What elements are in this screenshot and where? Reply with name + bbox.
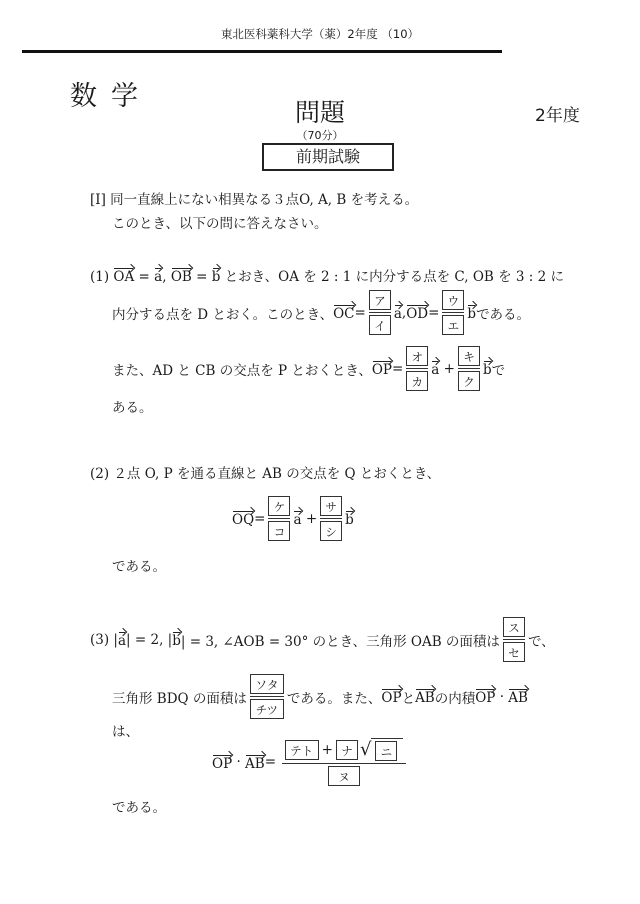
- dot-operator: ·: [500, 689, 504, 705]
- q1-text: また、AD と CB の交点を P とおくとき、: [112, 359, 372, 379]
- q3-text: と: [402, 687, 416, 707]
- vector-ab: AB: [508, 687, 528, 706]
- q3-end: である。: [112, 796, 166, 816]
- vector-op: OP: [212, 753, 232, 772]
- fraction-ke-ko: ケコ: [268, 496, 290, 541]
- vector-a: a: [394, 303, 402, 322]
- answer-box-u[interactable]: ウ: [442, 290, 464, 310]
- answer-box-se[interactable]: セ: [503, 642, 525, 662]
- fraction-a-i: アイ: [369, 290, 391, 335]
- sqrt-radicand: ニ: [371, 738, 403, 761]
- fraction-ki-ku: キク: [458, 346, 480, 391]
- answer-box-ka[interactable]: カ: [406, 371, 428, 391]
- vector-oc: OC: [333, 303, 354, 322]
- q3-formula: OP · AB = テト + ナ √ニ ヌ: [212, 738, 409, 786]
- vector-a: a: [293, 509, 301, 528]
- exam-duration: （70分）: [0, 127, 640, 143]
- exam-year: 2年度: [535, 101, 580, 126]
- q1-line4: ある。: [112, 396, 153, 416]
- vector-od: OD: [406, 303, 428, 322]
- q3-line1: (3) |a| = 2, |b| = 3, ∠AOB = 30° のとき、三角形…: [90, 617, 555, 662]
- running-header: 東北医科薬科大学（薬）2年度 （10）: [0, 26, 640, 42]
- q3-text: | = 2, |: [126, 632, 172, 648]
- fraction-u-e: ウエ: [442, 290, 464, 335]
- vector-a: a: [118, 630, 126, 649]
- vector-ab: AB: [415, 687, 435, 706]
- term-label: 前期試験: [262, 143, 394, 171]
- eq: =: [265, 754, 276, 770]
- vector-b: b: [212, 266, 221, 285]
- q3-line2: 三角形 BDQ の面積は ソタチツ である。また、 OP と AB の内積 OP…: [112, 674, 528, 719]
- answer-box-shi[interactable]: シ: [320, 521, 342, 541]
- answer-box-na[interactable]: ナ: [336, 740, 358, 760]
- q1-text: とおき、OA を 2 : 1 に内分する点を C, OB を 3 : 2 に: [220, 269, 564, 285]
- fraction-sota-chitsu: ソタチツ: [250, 674, 284, 719]
- q2-text: ２点 O, P を通る直線と AB の交点を Q とおくとき、: [113, 466, 440, 482]
- plus: +: [306, 511, 317, 527]
- answer-box-nu[interactable]: ヌ: [328, 766, 360, 786]
- vector-ab: AB: [245, 753, 265, 772]
- vector-b: b: [483, 359, 492, 378]
- vector-b: b: [172, 630, 181, 649]
- vector-op: OP: [381, 687, 401, 706]
- answer-box-ke[interactable]: ケ: [268, 496, 290, 516]
- q2-formula: OQ = ケコ a + サシ b: [232, 496, 354, 541]
- q3-line3: は、: [112, 720, 139, 740]
- eq: =: [428, 305, 439, 321]
- fraction-inner-product: テト + ナ √ニ ヌ: [282, 738, 406, 786]
- q1-text: 内分する点を D とおく。このとき、: [112, 303, 333, 323]
- q1-line2: 内分する点を D とおく。このとき、 OC = アイ a, OD = ウエ b …: [112, 290, 530, 335]
- section-intro-line1: [Ⅰ] 同一直線上にない相異なる３点O, A, B を考える。: [90, 188, 418, 208]
- vector-oa: OA: [113, 266, 134, 285]
- eq: =: [192, 269, 212, 285]
- answer-box-ko[interactable]: コ: [268, 521, 290, 541]
- q2-end: である。: [112, 555, 166, 575]
- vector-a: a: [154, 266, 162, 285]
- answer-box-chitsu[interactable]: チツ: [250, 699, 284, 719]
- answer-box-ni[interactable]: ニ: [375, 741, 397, 761]
- q1-number: (1): [90, 269, 109, 285]
- plus: +: [322, 742, 333, 758]
- q2-line1: (2) ２点 O, P を通る直線と AB の交点を Q とおくとき、: [90, 462, 440, 482]
- vector-ob: OB: [171, 266, 192, 285]
- answer-box-o[interactable]: オ: [406, 346, 428, 366]
- vector-a: a: [431, 359, 439, 378]
- q3-text: の内積: [435, 687, 476, 707]
- q1-line1: (1) OA = a, OB = b とおき、OA を 2 : 1 に内分する点…: [90, 265, 564, 285]
- eq: =: [355, 305, 366, 321]
- vector-op: OP: [372, 359, 392, 378]
- q3-number: (3): [90, 632, 109, 648]
- fraction-o-ka: オカ: [406, 346, 428, 391]
- eq: =: [254, 511, 265, 527]
- sqrt-icon: √: [360, 739, 371, 760]
- q3-text: | = 3, ∠AOB = 30° のとき、三角形 OAB の面積は: [181, 630, 500, 650]
- q3-text: である。また、: [287, 687, 382, 707]
- vector-b: b: [345, 509, 354, 528]
- answer-box-su[interactable]: ス: [503, 617, 525, 637]
- answer-box-sota[interactable]: ソタ: [250, 674, 284, 694]
- q3-text: で、: [528, 630, 555, 650]
- answer-box-i[interactable]: イ: [369, 315, 391, 335]
- answer-box-teto[interactable]: テト: [285, 740, 319, 760]
- header-rule-ext: [22, 50, 502, 53]
- eq: =: [134, 269, 154, 285]
- q1-line3: また、AD と CB の交点を P とおくとき、 OP = オカ a + キク …: [112, 346, 505, 391]
- answer-box-e[interactable]: エ: [442, 315, 464, 335]
- fraction-su-se: スセ: [503, 617, 525, 662]
- answer-box-ku[interactable]: ク: [458, 371, 480, 391]
- dot-operator: ·: [236, 754, 240, 770]
- section-label: [Ⅰ]: [90, 192, 106, 208]
- answer-box-ki[interactable]: キ: [458, 346, 480, 366]
- section-intro-line2: このとき、以下の問に答えなさい。: [112, 212, 327, 232]
- q3-text: 三角形 BDQ の面積は: [112, 687, 247, 707]
- answer-box-a[interactable]: ア: [369, 290, 391, 310]
- fraction-sa-shi: サシ: [320, 496, 342, 541]
- q1-text: で: [492, 359, 506, 379]
- eq: =: [392, 361, 403, 377]
- numerator: テト + ナ √ニ: [285, 738, 404, 761]
- vector-b: b: [467, 303, 476, 322]
- plus: +: [444, 361, 455, 377]
- answer-box-sa[interactable]: サ: [320, 496, 342, 516]
- section-intro-text: 同一直線上にない相異なる３点O, A, B を考える。: [110, 192, 418, 208]
- vector-oq: OQ: [232, 509, 254, 528]
- comma: ,: [162, 269, 171, 285]
- vector-op: OP: [475, 687, 495, 706]
- q1-text: である。: [476, 303, 530, 323]
- q2-number: (2): [90, 466, 109, 482]
